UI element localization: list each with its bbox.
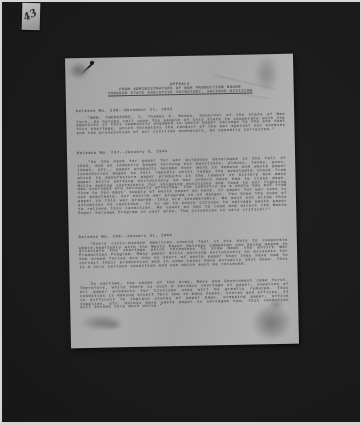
release-paragraph: In wartime, the needs of the Army, Navy … [80,278,290,310]
release-section-1: Release No. 230--December 21, 1943 "NOW,… [76,105,286,136]
album-page: 43 APPEALS FROM ADMINISTRATORS OF WAR PR… [2,2,360,422]
release-section-2: Release No. 237--January 5, 1944 "As the… [77,147,287,215]
photo-index-number: 43 [22,7,39,23]
release-paragraph: "NOW, THEREFORE, I, Thomas E. Dewey, Gov… [76,111,285,135]
release-paragraph: "As the need for paper for war purposes … [77,156,287,215]
document-title: APPEALS FROM ADMINISTRATORS OF WAR PRODU… [76,80,285,96]
release-paragraph: "Every civic-minded American should feel… [79,237,289,269]
document-text: APPEALS FROM ADMINISTRATORS OF WAR PRODU… [65,54,299,349]
photo-index-label: 43 [22,3,41,30]
release-heading-2: Release No. 237--January 5, 1944 [77,147,286,155]
release-section-3: Release No. 246--January 31, 1944 "Every… [79,231,290,310]
document-photo: APPEALS FROM ADMINISTRATORS OF WAR PRODU… [65,54,299,349]
